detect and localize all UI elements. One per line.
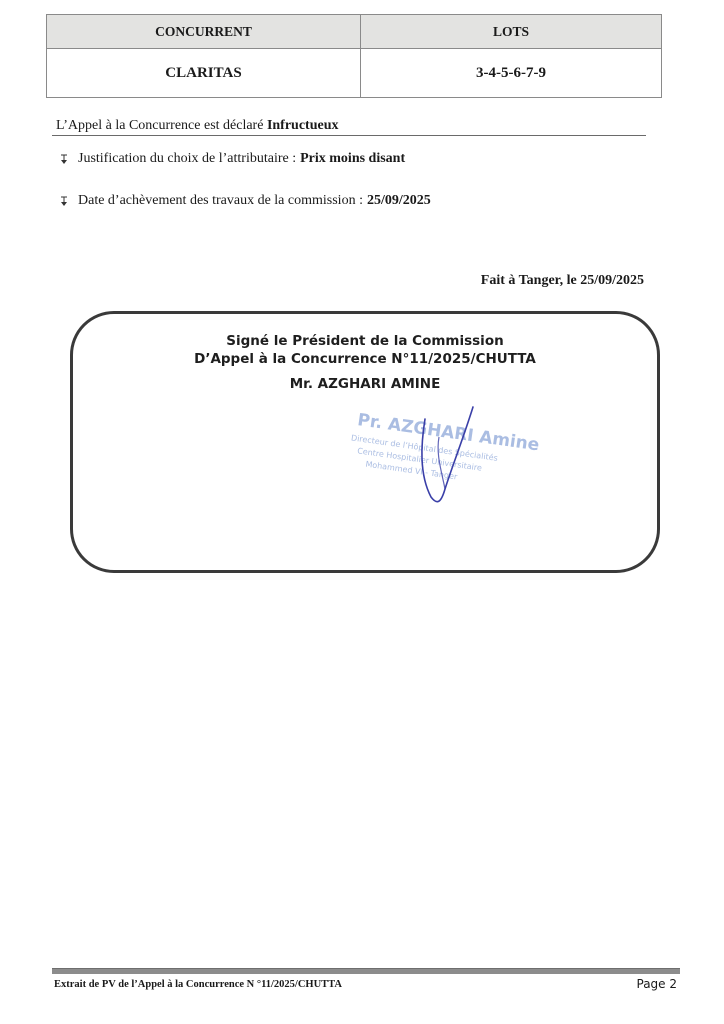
footer-document-reference: Extrait de PV de l’Appel à la Concurrenc… — [54, 979, 342, 990]
declaration-line: L’Appel à la Concurrence est déclaré Inf… — [56, 118, 339, 134]
lots-table: CONCURRENT LOTS CLARITAS 3-4-5-6-7-9 — [46, 14, 662, 98]
arrow-down-bar-icon — [58, 195, 70, 207]
declaration-status: Infructueux — [267, 118, 339, 133]
bullet-completion-date: Date d’achèvement des travaux de la comm… — [58, 193, 431, 209]
signatory-name: Mr. AZGHARI AMINE — [73, 376, 657, 392]
signature-box: Signé le Président de la Commission D’Ap… — [70, 311, 660, 573]
signature-title-line1: Signé le Président de la Commission — [73, 333, 657, 349]
section-divider — [52, 135, 646, 136]
completion-date-value: 25/09/2025 — [367, 193, 431, 209]
arrow-down-bar-icon — [58, 153, 70, 165]
completion-date-label: Date d’achèvement des travaux de la comm… — [78, 193, 363, 209]
column-header-lots: LOTS — [361, 15, 662, 49]
table-row: CLARITAS 3-4-5-6-7-9 — [47, 49, 662, 98]
cell-concurrent: CLARITAS — [47, 49, 361, 98]
justification-label: Justification du choix de l’attributaire… — [78, 151, 296, 167]
official-stamp: Pr. AZGHARI Amine Directeur de l’Hôpital… — [341, 399, 541, 519]
bullet-justification: Justification du choix de l’attributaire… — [58, 151, 405, 167]
justification-value: Prix moins disant — [300, 151, 405, 167]
cell-lots: 3-4-5-6-7-9 — [361, 49, 662, 98]
page-number: Page 2 — [637, 977, 678, 991]
table-header-row: CONCURRENT LOTS — [47, 15, 662, 49]
place-and-date: Fait à Tanger, le 25/09/2025 — [481, 273, 644, 289]
column-header-concurrent: CONCURRENT — [47, 15, 361, 49]
footer-divider — [52, 968, 680, 974]
signature-title-line2: D’Appel à la Concurrence N°11/2025/CHUTT… — [73, 351, 657, 367]
declaration-prefix: L’Appel à la Concurrence est déclaré — [56, 118, 263, 133]
